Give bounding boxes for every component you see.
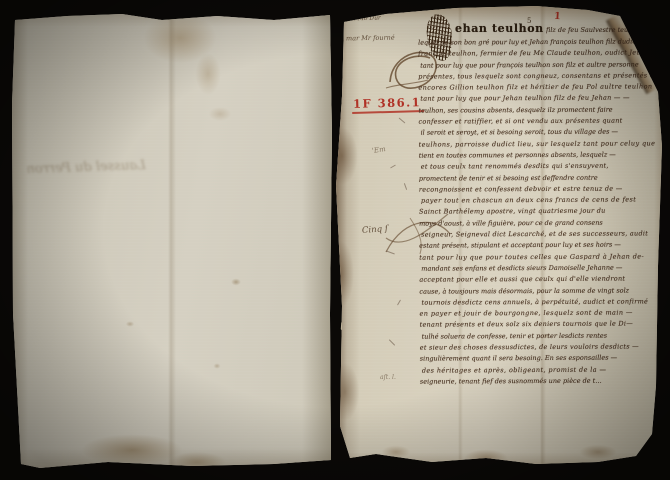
manuscript-line: mandant ses enfans et desdicts sieurs Da…	[421, 262, 664, 275]
manuscript-line: des héritages et après, obligeant, promi…	[422, 364, 665, 377]
manuscript-line: tant pour luy que pour françois teulhon …	[420, 59, 663, 72]
archive-shelfmark: 1F 386.1	[352, 95, 425, 114]
manuscript-text: lequel de son bon gré pour luy et Jehan …	[418, 36, 663, 387]
ink-mark	[390, 165, 396, 169]
ink-mark	[397, 300, 401, 306]
margin-note-em: 'Em	[371, 145, 386, 155]
manuscript-line: payer tout en chascun an deux cens franc…	[421, 195, 664, 208]
folio-number-red: 1	[554, 11, 561, 22]
folio-mark: 5	[527, 17, 531, 25]
manuscript-line: tulhé soluera de confesse, tenir et port…	[422, 330, 665, 343]
ink-mark	[399, 118, 406, 124]
manuscript-line: il seroit et seroyt, et si besoing seroi…	[421, 127, 664, 140]
manuscript-line: et tous ceulx tant renommés desdits qui …	[421, 161, 664, 174]
show-through-writing: Laussel du Perron	[28, 158, 147, 190]
right-page: h. Mo Dur mar Mr fourné J ehan teulhon f…	[336, 6, 666, 468]
manuscript-line: seigneur, Seigneval dict Lescarché, et d…	[421, 228, 664, 241]
manuscript-line: tant pour luy que pour Jehan teulhon fil…	[420, 93, 663, 106]
ink-mark	[389, 339, 395, 345]
scanned-manuscript: Laussel du Perron h. Mo Dur mar Mr fourn…	[0, 0, 670, 480]
first-line-rest: filz de feu Saulvestre teulhon dict Jeus…	[546, 26, 658, 34]
margin-note-top: h. Mo Dur	[350, 14, 381, 22]
manuscript-line: et sieur des choses dessusdictes, de leu…	[420, 341, 663, 354]
manuscript-line: seigneurie, tenant fief des susnommés un…	[420, 375, 663, 388]
margin-note-art: aſt. l.	[380, 374, 396, 381]
left-page: Laussel du Perron	[12, 14, 332, 468]
manuscript-line: teulhons, parroisse dudict lieu, sur les…	[419, 138, 662, 151]
ink-mark	[404, 183, 407, 190]
manuscript-line: tournois desdictz cens annuels, à perpét…	[421, 296, 664, 309]
